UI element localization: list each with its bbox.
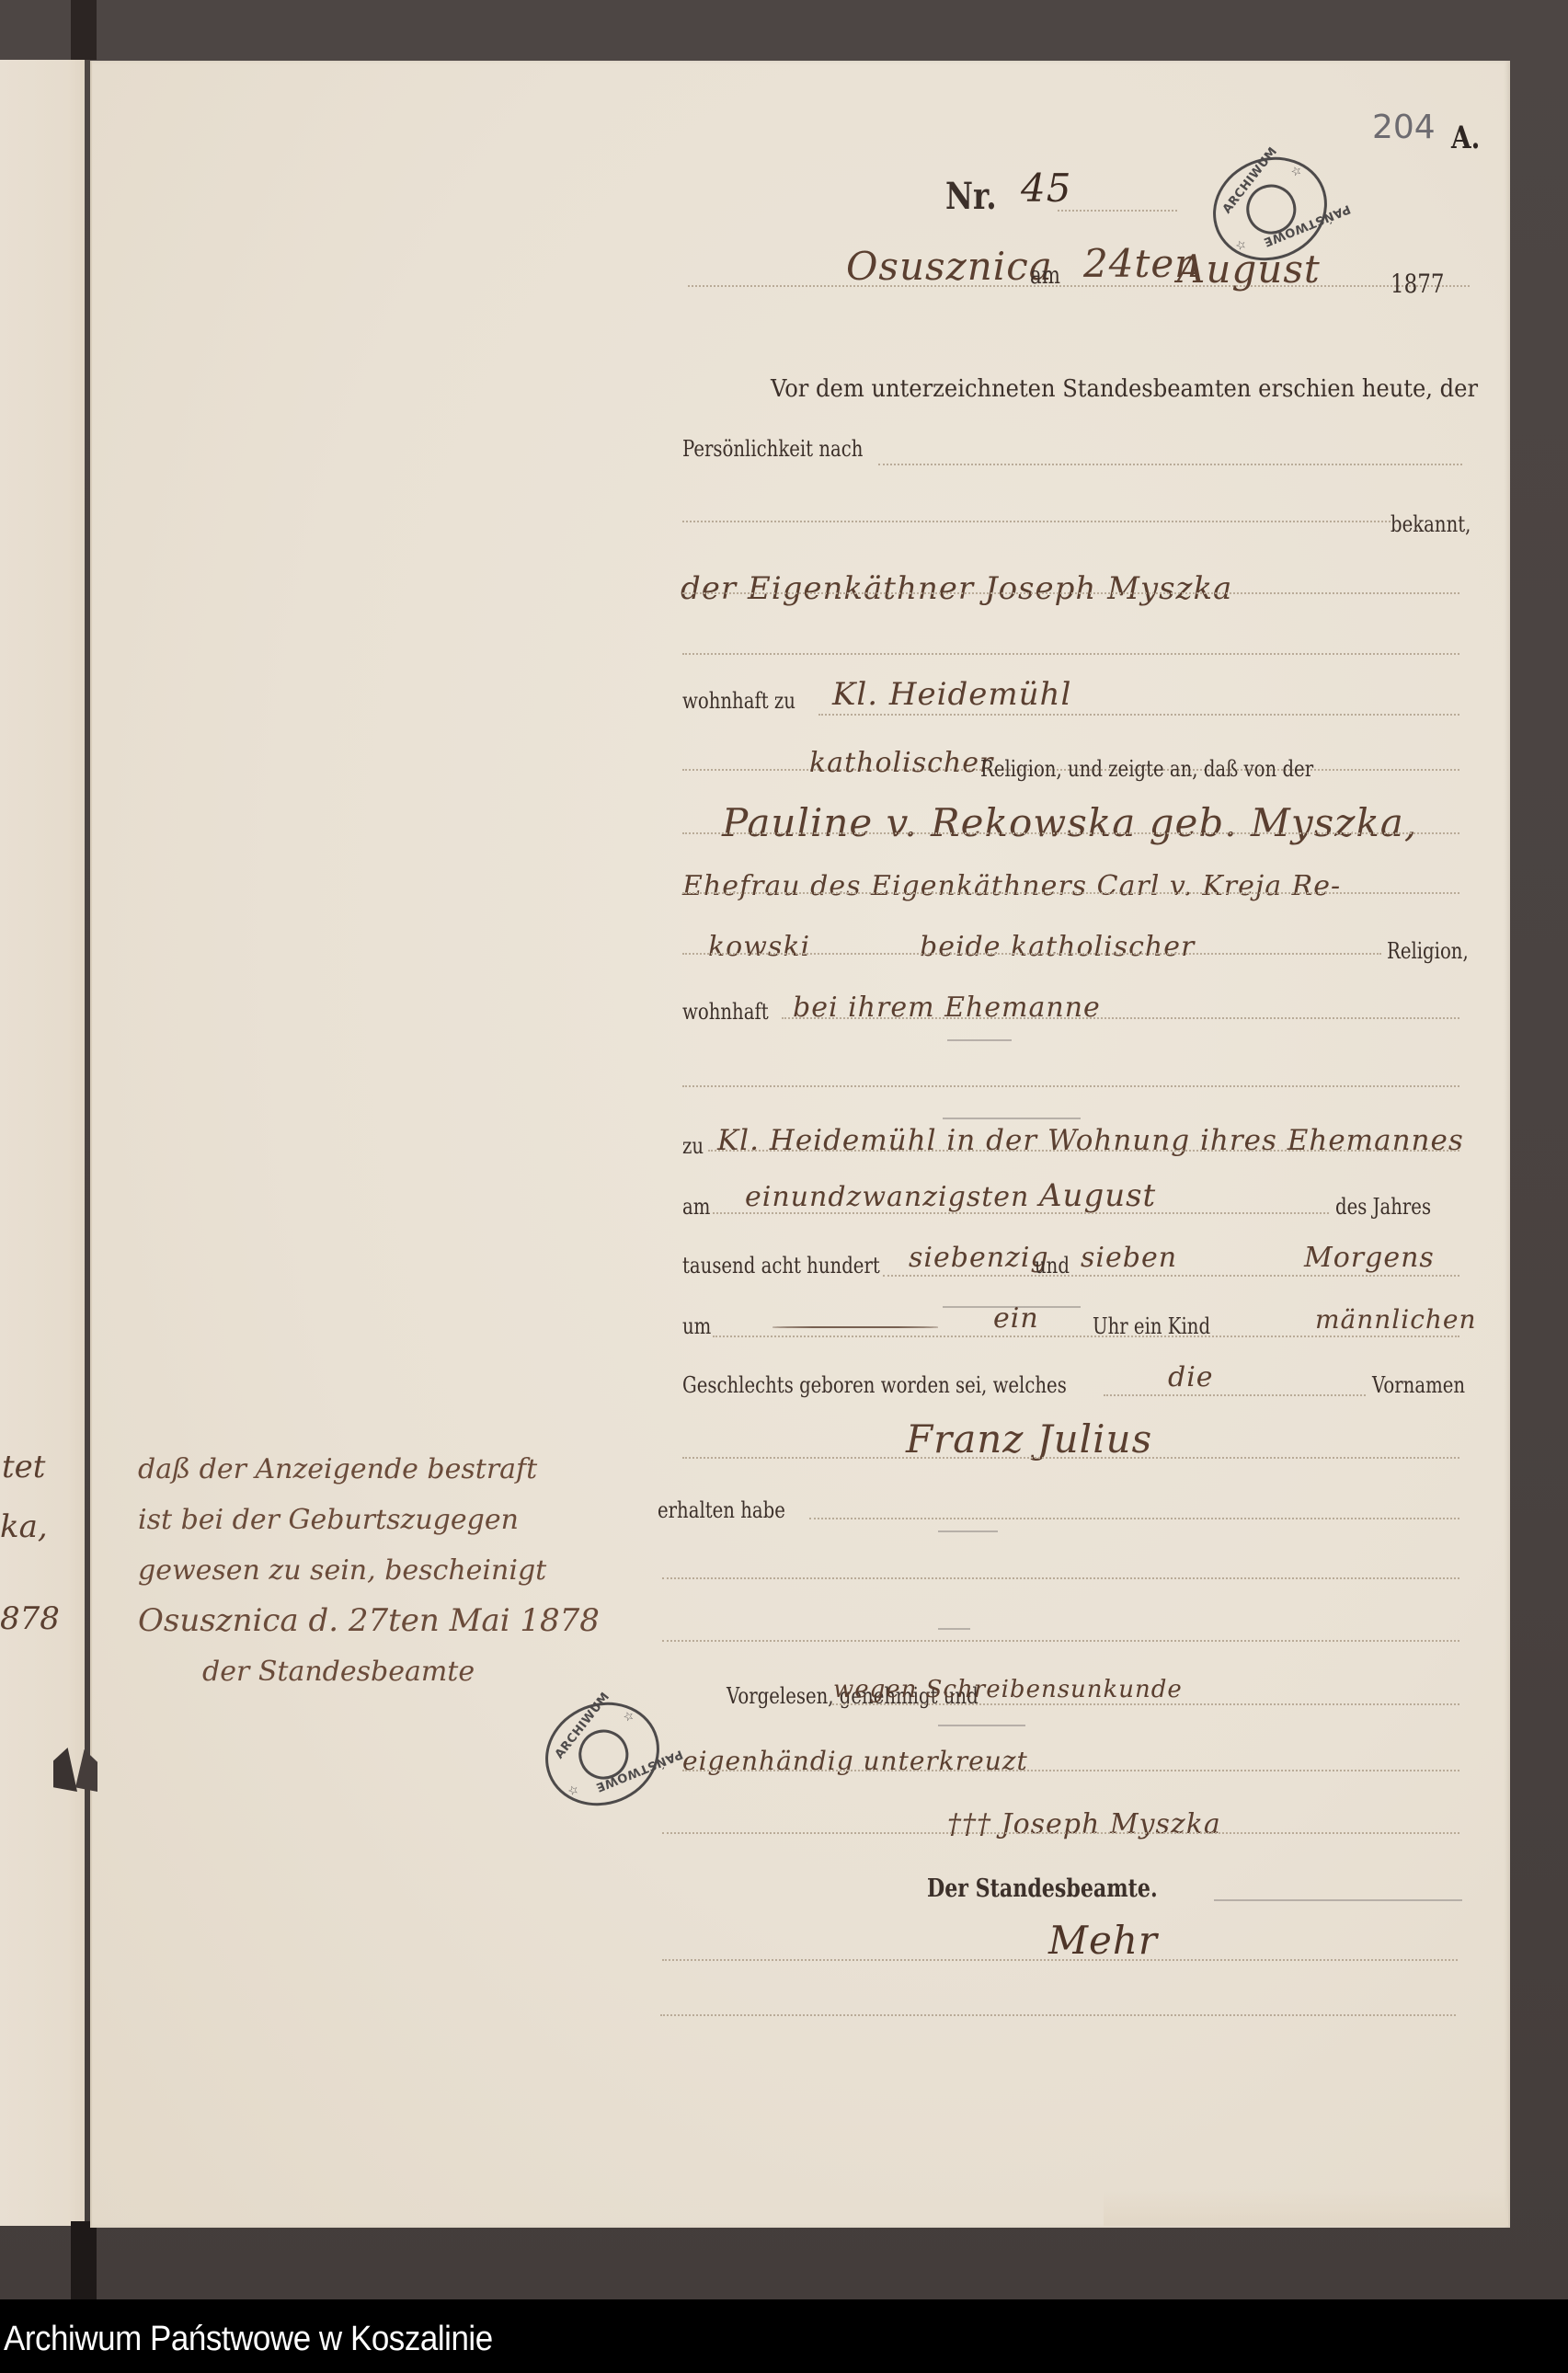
birth-month: August bbox=[1039, 1177, 1156, 1214]
birth-day-label: am bbox=[682, 1194, 710, 1220]
binding-gap-top bbox=[71, 0, 97, 60]
read-reason-2: eigenhändig unterkreuzt bbox=[682, 1746, 1028, 1776]
left-page-edge bbox=[0, 60, 85, 2226]
religion-label: Religion, bbox=[1387, 938, 1469, 964]
officer-label: Der Standesbeamte. bbox=[927, 1874, 1158, 1903]
binding-gap-bottom bbox=[71, 2221, 97, 2299]
form-line bbox=[682, 592, 1459, 594]
received-text: erhalten habe bbox=[658, 1497, 785, 1523]
margin-note-line: daß der Anzeigende bestraft bbox=[138, 1444, 600, 1495]
pencil-mark bbox=[947, 1039, 1012, 1041]
spouse-line: Ehefrau des Eigenkäthners Carl v. Kreja … bbox=[682, 870, 1341, 902]
form-line bbox=[708, 1150, 1459, 1152]
archive-name: Archiwum Państwowe w Koszalinie bbox=[4, 2320, 493, 2359]
form-line bbox=[1104, 1394, 1366, 1396]
year-print-1: tausend acht hundert bbox=[682, 1253, 880, 1278]
informant-name: der Eigenkäthner Joseph Myszka bbox=[681, 570, 1232, 607]
record-place: Osusznica bbox=[846, 244, 1053, 289]
pencil-mark bbox=[938, 1725, 1025, 1726]
time-of-day: Morgens bbox=[1304, 1242, 1435, 1274]
form-line bbox=[662, 1832, 1459, 1834]
record-year: 1877 bbox=[1391, 269, 1444, 299]
folio-number: 204 bbox=[1372, 109, 1436, 146]
form-line bbox=[682, 653, 1459, 655]
margin-note-line: Osusznica d. 27ten Mai 1878 bbox=[138, 1596, 600, 1646]
birth-day: einundzwanzigsten bbox=[745, 1181, 1029, 1213]
form-line bbox=[682, 1770, 1459, 1771]
margin-note-line: der Standesbeamte bbox=[138, 1646, 600, 1697]
star-icon: ☆ bbox=[566, 1783, 580, 1799]
form-line bbox=[832, 1703, 1459, 1705]
form-line bbox=[878, 464, 1462, 465]
margin-note: daß der Anzeigende bestraft ist bei der … bbox=[138, 1444, 600, 1697]
pencil-mark bbox=[1214, 1899, 1462, 1901]
left-page-fragment: 878 bbox=[0, 1600, 60, 1637]
form-line bbox=[682, 1085, 1459, 1087]
hour-label: um bbox=[682, 1313, 711, 1339]
both-religion-hand: beide katholischer bbox=[920, 931, 1195, 963]
date-prefix: am bbox=[1030, 262, 1060, 290]
margin-note-line: gewesen zu sein, bescheinigt bbox=[138, 1545, 600, 1596]
hour: ein bbox=[993, 1302, 1039, 1335]
form-line bbox=[660, 2014, 1456, 2016]
pencil-mark bbox=[938, 1628, 970, 1630]
sex: männlichen bbox=[1315, 1304, 1477, 1335]
birthplace-label: zu bbox=[682, 1133, 704, 1159]
intro-text: Vor dem unterzeichneten Standesbeamten e… bbox=[771, 375, 1478, 403]
residence: Kl. Heidemühl bbox=[832, 676, 1071, 713]
form-line bbox=[662, 1959, 1458, 1961]
left-page-fragment: tet bbox=[2, 1449, 45, 1485]
officer-signature: Mehr bbox=[1048, 1918, 1158, 1963]
mother-residence-label: wohnhaft bbox=[682, 999, 769, 1025]
spouse-surname-end: kowski bbox=[708, 931, 810, 963]
given-names: Franz Julius bbox=[906, 1416, 1152, 1462]
article: die bbox=[1168, 1361, 1214, 1393]
form-line bbox=[682, 832, 1459, 834]
birth-year-label: des Jahres bbox=[1335, 1194, 1431, 1220]
form-line bbox=[688, 285, 1470, 287]
folio-letter: A. bbox=[1451, 120, 1480, 156]
given-names-label: Vornamen bbox=[1372, 1372, 1465, 1398]
page-stain bbox=[1104, 2189, 1508, 2226]
form-line bbox=[682, 953, 1381, 955]
pencil-mark bbox=[943, 1118, 1081, 1119]
sex-line: Geschlechts geboren worden sei, welches bbox=[682, 1372, 1067, 1398]
form-line bbox=[713, 1212, 1329, 1214]
form-line bbox=[809, 1518, 1459, 1519]
birthplace: Kl. Heidemühl in der Wohnung ihres Ehema… bbox=[717, 1124, 1464, 1157]
mother-name: Pauline v. Rekowska geb. Myszka, bbox=[722, 800, 1417, 845]
form-line bbox=[713, 1336, 1459, 1337]
informant-signature: ††† Joseph Myszka bbox=[947, 1808, 1221, 1840]
read-reason: wegen Schreibensunkunde bbox=[833, 1676, 1183, 1703]
year-hand-1: siebenzig bbox=[909, 1242, 1049, 1274]
margin-note-line: ist bei der Geburtszugegen bbox=[138, 1495, 600, 1545]
known-text: bekannt, bbox=[1391, 511, 1471, 537]
record-number: 45 bbox=[1021, 166, 1071, 211]
form-line bbox=[682, 1457, 1459, 1459]
personal-label: Persönlichkeit nach bbox=[682, 436, 863, 462]
left-page-fragment: ka, bbox=[0, 1508, 48, 1545]
form-line bbox=[818, 714, 1459, 716]
form-line bbox=[883, 1275, 1459, 1277]
star-icon: ☆ bbox=[622, 1709, 636, 1725]
religion-text: Religion, und zeigte an, daß von der bbox=[980, 756, 1313, 782]
form-line bbox=[682, 892, 1459, 894]
form-line bbox=[662, 1640, 1459, 1642]
form-line bbox=[782, 1017, 1459, 1019]
form-line bbox=[662, 1577, 1459, 1579]
residence-label: wohnhaft zu bbox=[682, 688, 795, 714]
record-number-label: Nr. bbox=[945, 175, 997, 218]
form-line bbox=[682, 521, 1391, 522]
archive-footer-bar: Archiwum Państwowe w Koszalinie bbox=[0, 2299, 1568, 2373]
star-icon: ☆ bbox=[1289, 164, 1304, 180]
pencil-mark bbox=[938, 1530, 998, 1532]
religion-hand: katholischer bbox=[809, 747, 993, 779]
year-hand-2: sieben bbox=[1081, 1242, 1177, 1274]
record-month: August bbox=[1177, 246, 1321, 292]
blank-filler-stroke bbox=[773, 1326, 938, 1328]
form-line bbox=[1058, 210, 1177, 212]
